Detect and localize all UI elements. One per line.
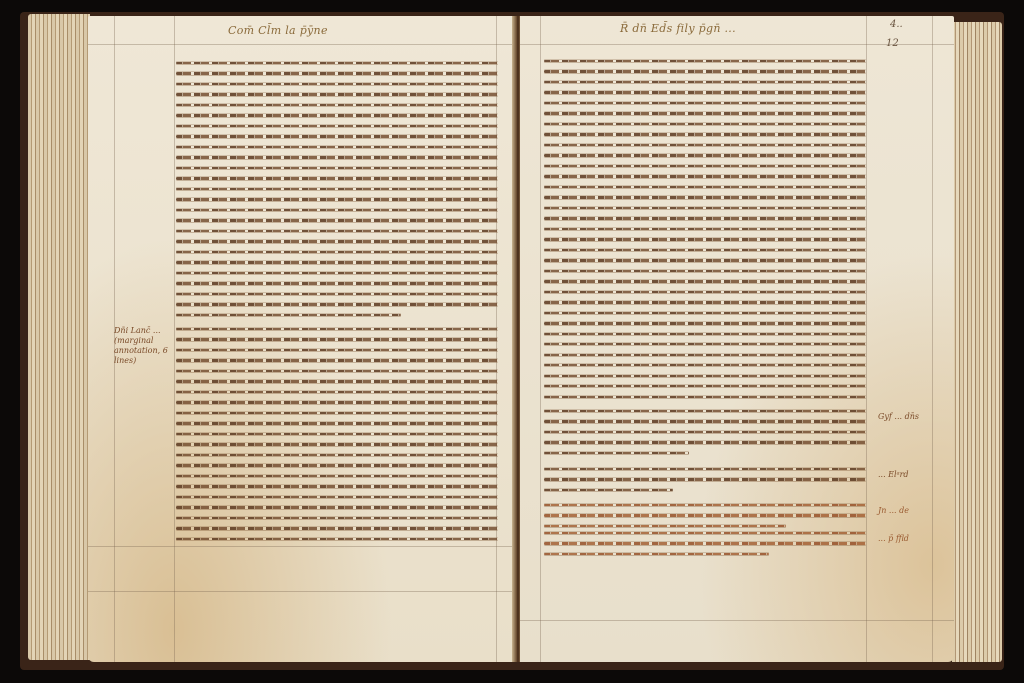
ruling-line (174, 16, 175, 662)
ruling-line (540, 16, 541, 662)
left-page: Com̄ Cl̄m la p̄ȳne Dñi Lanc̄ ... (margin… (88, 16, 516, 662)
text-block-main (544, 60, 866, 406)
margin-annotation: ... p̄ ffld (878, 534, 909, 544)
entry-3 (544, 504, 866, 535)
entry-1 (544, 410, 866, 462)
entry-2 (544, 468, 866, 499)
ruling-line (520, 620, 954, 621)
margin-annotation: Jn ... de (878, 506, 909, 516)
ruling-line (88, 591, 516, 592)
margin-annotation: Dñi Lanc̄ ... (marginal annotation, 6 li… (114, 326, 174, 366)
text-block-lower (176, 328, 498, 548)
folio-number: 12 (886, 38, 899, 49)
corner-mark: 4.. (890, 19, 903, 30)
margin-annotation: ... Elᵃrd (878, 470, 909, 480)
margin-annotation: Gyf ... dn̄s (878, 412, 919, 422)
text-block-upper (176, 62, 498, 324)
right-page-edges (952, 22, 1002, 662)
running-header: R̄ dn̄ Ed̄s fily p̄gn̄ ... (620, 22, 736, 35)
left-page-edges (28, 14, 90, 660)
running-header: Com̄ Cl̄m la p̄ȳne (228, 24, 328, 37)
ruling-line (932, 16, 933, 662)
right-page: R̄ dn̄ Ed̄s fily p̄gn̄ ... 4.. 12 Gyf ..… (520, 16, 954, 662)
ruling-line (88, 44, 516, 45)
ruling-line (866, 16, 867, 662)
entry-4 (544, 532, 866, 563)
